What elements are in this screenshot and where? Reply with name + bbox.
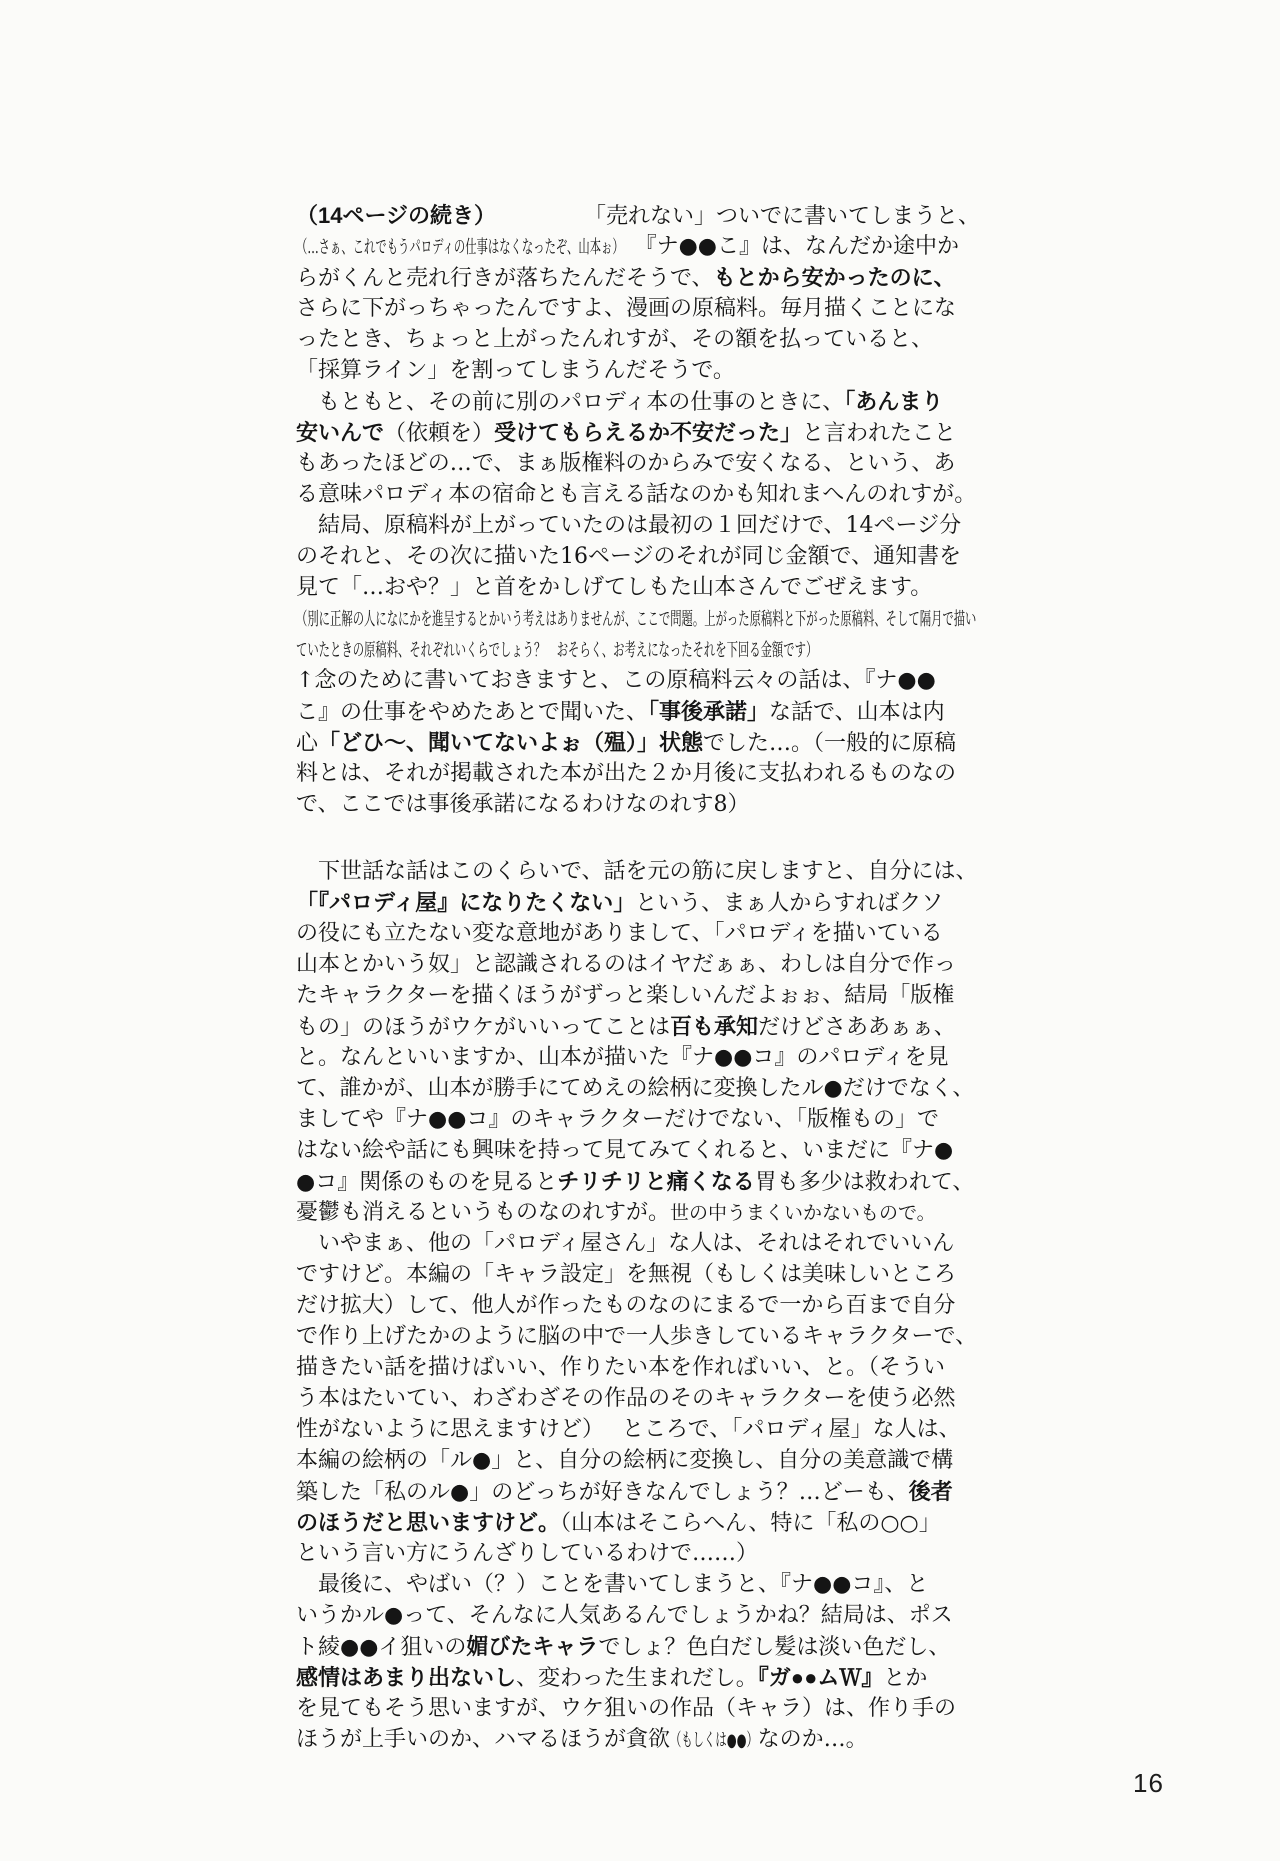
body-text: だけどさああぁぁ、 — [758, 1015, 956, 1040]
text-line: 下世話な話はこのくらいで、話を元の筋に戻しますと、自分には、 — [296, 856, 996, 887]
body-text: う本はたいてい、わざわざその作品のそのキャラクターを使う必然 — [296, 1386, 956, 1411]
text-line: という言い方にうんざりしているわけで……） — [296, 1538, 996, 1569]
text-line: 最後に、やばい（？）ことを書いてしまうと、『ナ●●コ』、と — [296, 1569, 996, 1600]
text-line: 描きたい話を描けばいい、作りたい本を作ればいい、と。（そうい — [296, 1352, 996, 1383]
text-line: ったとき、ちょっと上がったんれすが、その額を払っていると、 — [296, 324, 996, 355]
body-text: という言い方にうんざりしているわけで……） — [296, 1541, 758, 1566]
body-text: らがくんと売れ行きが落ちたんだそうで、 — [296, 266, 714, 291]
text-line: 心「どひ～、聞いてないよぉ（殟）」状態でした…。（一般的に原稿 — [296, 727, 996, 758]
body-text: る意味パロディ本の宿命とも言える話なのかも知れまへんのれすが。 — [296, 482, 976, 507]
text-line: ●コ』関係のものを見るとチリチリと痛くなる胃も多少は救われて、 — [296, 1166, 996, 1197]
body-text: ほうが上手いのか、ハマるほうが貪欲 — [296, 1727, 670, 1752]
body-text: で、ここでは事後承諾になるわけなのれす8） — [296, 792, 750, 817]
body-text: 本編の絵柄の「ル●」と、自分の絵柄に変換し、自分の美意識で構 — [296, 1448, 953, 1473]
emphasized-text: のほうだと思いますけど。 — [296, 1510, 560, 1535]
body-text: もの」のほうがウケがいいってことは — [296, 1015, 670, 1040]
body-text: の役にも立たない変な意地がありまして、「パロディを描いている — [296, 921, 943, 946]
paragraph-gap — [296, 820, 996, 856]
body-text: ●コ』関係のものを見ると — [296, 1170, 557, 1195]
body-text: 『ナ●●こ』は、なんだか途中か — [624, 234, 959, 259]
body-text: 「採算ライン」を割ってしまうんだそうで。 — [296, 358, 735, 383]
emphasized-text: 「『パロディ屋』になりたくない」 — [296, 890, 635, 915]
body-text: いやまぁ、他の「パロディ屋さん」な人は、それはそれでいいん — [296, 1231, 954, 1256]
text-line: （14ページの続き） 「売れない」ついでに書いてしまうと、 — [296, 200, 996, 231]
text-block: （14ページの続き） 「売れない」ついでに書いてしまうと、（…さぁ、これでもうパ… — [296, 200, 996, 1755]
condensed-note-text: （…さぁ、これでもうパロディの仕事はなくなったぞ、山本ぉ） — [296, 231, 624, 263]
emphasized-text: 受けてもらえるか不安だった」 — [494, 420, 802, 445]
body-text: ですけど。本編の「キャラ設定」を無視（もしくは美味しいところ — [296, 1262, 956, 1287]
text-line: の役にも立たない変な意地がありまして、「パロディを描いている — [296, 918, 996, 949]
body-text: ↑念のために書いておきますと、この原稿料云々の話は、『ナ●● — [296, 668, 936, 693]
text-line: もともと、その前に別のパロディ本の仕事のときに、「あんまり — [296, 386, 996, 417]
condensed-note-text: （別に正解の人になにかを進呈するとかいう考えはありませんが、ここで問題。上がった… — [296, 603, 976, 635]
body-text: 憂鬱も消えるというものなのれすが。 — [296, 1200, 670, 1225]
text-line: 「『パロディ屋』になりたくない」という、まぁ人からすればクソ — [296, 887, 996, 918]
text-line: らがくんと売れ行きが落ちたんだそうで、もとから安かったのに、 — [296, 262, 996, 293]
text-line: もの」のほうがウケがいいってことは百も承知だけどさああぁぁ、 — [296, 1011, 996, 1042]
body-text: さらに下がっちゃったんですよ、漫画の原稿料。毎月描くことにな — [296, 296, 956, 321]
emphasized-text: 媚びたキャラ — [466, 1634, 598, 1659]
text-line: る意味パロディ本の宿命とも言える話なのかも知れまへんのれすが。 — [296, 479, 996, 510]
text-line: いやまぁ、他の「パロディ屋さん」な人は、それはそれでいいん — [296, 1228, 996, 1259]
body-text: という、まぁ人からすればクソ — [635, 891, 943, 916]
emphasized-text: 『ガ●●ムＷ』 — [758, 1665, 884, 1690]
body-text: たキャラクターを描くほうがずっと楽しいんだよぉぉ、結局「版権 — [296, 983, 954, 1008]
text-line: 本編の絵柄の「ル●」と、自分の絵柄に変換し、自分の美意識で構 — [296, 1445, 996, 1476]
text-line: 結局、原稿料が上がっていたのは最初の１回だけで、14ページ分 — [296, 510, 996, 541]
body-text: でした…。（一般的に原稿 — [703, 731, 956, 756]
emphasized-text: もとから安かったのに、 — [714, 265, 956, 290]
emphasized-text: 後者 — [909, 1479, 953, 1504]
body-text: でしょ？色白だし髪は淡い色だし、 — [598, 1635, 950, 1660]
emphasized-text: 感情はあまり出ないし — [296, 1665, 516, 1690]
small-note-text: 世の中うまくいかないもので。 — [670, 1202, 936, 1224]
page-number: 16 — [1133, 1768, 1164, 1799]
text-line: さらに下がっちゃったんですよ、漫画の原稿料。毎月描くことにな — [296, 293, 996, 324]
condensed-note-text: ていたときの原稿料、それぞれいくらでしょう？ おそらく、お考えになったそれを下回… — [296, 634, 817, 666]
text-line: を見てもそう思いますが、ウケ狙いの作品（キャラ）は、作り手の — [296, 1693, 996, 1724]
text-line: （別に正解の人になにかを進呈するとかいう考えはありませんが、ここで問題。上がった… — [296, 603, 996, 634]
body-text: と言われたこと — [802, 421, 956, 446]
body-text: （山本はそこらへん、特に「私の○○」 — [560, 1511, 941, 1536]
text-line: 料とは、それが掲載された本が出た２か月後に支払われるものなの — [296, 758, 996, 789]
emphasized-text: 安いんで — [296, 420, 384, 445]
body-text: ったとき、ちょっと上がったんれすが、その額を払っていると、 — [296, 327, 933, 352]
body-text: 心 — [296, 731, 318, 756]
text-line: 山本とかいう奴」と認識されるのはイヤだぁぁ、わしは自分で作っ — [296, 949, 996, 980]
body-text: とか — [883, 1666, 927, 1691]
text-line: ていたときの原稿料、それぞれいくらでしょう？ おそらく、お考えになったそれを下回… — [296, 634, 996, 665]
text-line: のそれと、その次に描いた16ページのそれが同じ金額で、通知書を — [296, 541, 996, 572]
body-text: （依頼を） — [384, 421, 494, 446]
body-text: を見てもそう思いますが、ウケ狙いの作品（キャラ）は、作り手の — [296, 1696, 956, 1721]
text-line: もあったほどの…で、まぁ版権料のからみで安くなる、という、あ — [296, 448, 996, 479]
text-line: （…さぁ、これでもうパロディの仕事はなくなったぞ、山本ぉ） 『ナ●●こ』は、なん… — [296, 231, 996, 262]
emphasized-text: 「どひ～、聞いてないよぉ（殟）」状態 — [318, 730, 703, 755]
text-line: はない絵や話にも興味を持って見てみてくれると、いまだに『ナ● — [296, 1135, 996, 1166]
text-line: と。なんといいますか、山本が描いた『ナ●●コ』のパロディを見 — [296, 1042, 996, 1073]
text-line: ましてや『ナ●●コ』のキャラクターだけでない、「版権もの」で — [296, 1104, 996, 1135]
emphasized-text: 「あんまり — [844, 389, 943, 414]
text-line: 性がないように思えますけど） ところで、「パロディ屋」な人は、 — [296, 1414, 996, 1445]
body-text: はない絵や話にも興味を持って見てみてくれると、いまだに『ナ● — [296, 1138, 953, 1163]
text-line: ト綾●●イ狙いの媚びたキャラでしょ？色白だし髪は淡い色だし、 — [296, 1631, 996, 1662]
body-text: ト綾●●イ狙いの — [296, 1635, 466, 1660]
text-line: 憂鬱も消えるというものなのれすが。世の中うまくいかないもので。 — [296, 1197, 996, 1228]
text-line: たキャラクターを描くほうがずっと楽しいんだよぉぉ、結局「版権 — [296, 980, 996, 1011]
text-line: で、ここでは事後承諾になるわけなのれす8） — [296, 789, 996, 820]
text-line: だけ拡大）して、他人が作ったものなのにまるで一から百まで自分 — [296, 1290, 996, 1321]
text-line: ↑念のために書いておきますと、この原稿料云々の話は、『ナ●● — [296, 665, 996, 696]
text-line: ですけど。本編の「キャラ設定」を無視（もしくは美味しいところ — [296, 1259, 996, 1290]
body-text: もともと、その前に別のパロディ本の仕事のときに、 — [296, 390, 844, 415]
text-line: う本はたいてい、わざわざその作品のそのキャラクターを使う必然 — [296, 1383, 996, 1414]
body-text: な話で、山本は内 — [769, 700, 945, 725]
text-line: で作り上げたかのように脳の中で一人歩きしているキャラクターで、 — [296, 1321, 996, 1352]
body-text: もあったほどの…で、まぁ版権料のからみで安くなる、という、あ — [296, 451, 955, 476]
body-text: 描きたい話を描けばいい、作りたい本を作ればいい、と。（そうい — [296, 1355, 945, 1380]
emphasized-text: 百も承知 — [670, 1014, 758, 1039]
text-line: ほうが上手いのか、ハマるほうが貪欲（もしくは●●）なのか…。 — [296, 1724, 996, 1755]
text-line: いうかル●って、そんなに人気あるんでしょうかね？結局は、ポス — [296, 1600, 996, 1631]
text-line: こ』の仕事をやめたあとで聞いた、「事後承諾」な話で、山本は内 — [296, 696, 996, 727]
text-line: 「採算ライン」を割ってしまうんだそうで。 — [296, 355, 996, 386]
text-line: て、誰かが、山本が勝手にてめえの絵柄に変換したル●だけでなく、 — [296, 1073, 996, 1104]
body-text: 山本とかいう奴」と認識されるのはイヤだぁぁ、わしは自分で作っ — [296, 952, 956, 977]
body-text: ましてや『ナ●●コ』のキャラクターだけでない、「版権もの」で — [296, 1107, 939, 1132]
body-text: 結局、原稿料が上がっていたのは最初の１回だけで、14ページ分 — [296, 513, 961, 538]
body-text: 性がないように思えますけど） ところで、「パロディ屋」な人は、 — [296, 1417, 961, 1442]
body-text: なのか…。 — [758, 1727, 868, 1752]
emphasized-text: チリチリと痛くなる — [557, 1169, 755, 1194]
body-text: 「売れない」ついでに書いてしまうと、 — [485, 204, 980, 229]
emphasized-text: 「事後承諾」 — [648, 699, 769, 724]
body-text: いうかル●って、そんなに人気あるんでしょうかね？結局は、ポス — [296, 1603, 953, 1628]
condensed-note-text: （もしくは●●） — [670, 1724, 758, 1756]
text-line: 感情はあまり出ないし、変わった生まれだし。『ガ●●ムＷ』とか — [296, 1662, 996, 1693]
body-text: 胃も多少は救われて、 — [755, 1170, 975, 1195]
body-text: 、変わった生まれだし。 — [516, 1666, 758, 1691]
body-text: 料とは、それが掲載された本が出た２か月後に支払われるものなの — [296, 761, 956, 786]
body-text: のそれと、その次に描いた16ページのそれが同じ金額で、通知書を — [296, 544, 961, 569]
body-text: だけ拡大）して、他人が作ったものなのにまるで一から百まで自分 — [296, 1293, 955, 1318]
body-text: と。なんといいますか、山本が描いた『ナ●●コ』のパロディを見 — [296, 1045, 949, 1070]
text-line: 見て「…おや？」と首をかしげてしもた山本さんでごぜえます。 — [296, 572, 996, 603]
body-text: 下世話な話はこのくらいで、話を元の筋に戻しますと、自分には、 — [296, 859, 978, 884]
text-line: 安いんで（依頼を）受けてもらえるか不安だった」と言われたこと — [296, 417, 996, 448]
body-text: て、誰かが、山本が勝手にてめえの絵柄に変換したル●だけでなく、 — [296, 1076, 974, 1101]
body-text: 最後に、やばい（？）ことを書いてしまうと、『ナ●●コ』、と — [296, 1572, 928, 1597]
text-line: 築した「私のル●」のどっちが好きなんでしょう？…どーも、後者 — [296, 1476, 996, 1507]
body-text: こ』の仕事をやめたあとで聞いた、 — [296, 700, 648, 725]
text-line: のほうだと思いますけど。（山本はそこらへん、特に「私の○○」 — [296, 1507, 996, 1538]
emphasized-text: （14ページの続き） — [296, 203, 485, 228]
body-text: 築した「私のル●」のどっちが好きなんでしょう？…どーも、 — [296, 1480, 909, 1505]
body-text: で作り上げたかのように脳の中で一人歩きしているキャラクターで、 — [296, 1324, 977, 1349]
body-text: 見て「…おや？」と首をかしげてしもた山本さんでごぜえます。 — [296, 575, 932, 600]
scanned-document-page: （14ページの続き） 「売れない」ついでに書いてしまうと、（…さぁ、これでもうパ… — [0, 0, 1280, 1861]
